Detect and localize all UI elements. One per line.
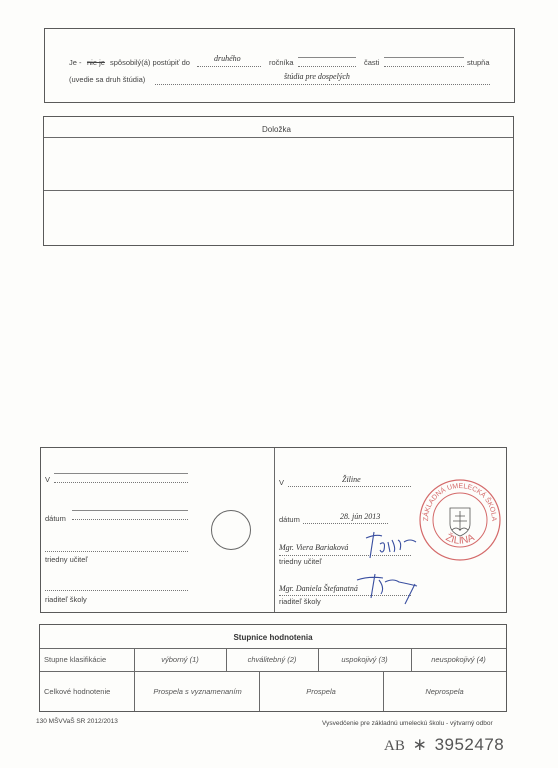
serial-digits: 3952478 — [435, 735, 505, 754]
right-v-line — [288, 486, 411, 487]
druh-studia-line — [155, 84, 490, 85]
serial-prefix: AB — [384, 738, 405, 754]
serial-number: AB ∗ 3952478 — [384, 735, 504, 755]
grade-2: chválitebný (2) — [226, 648, 318, 671]
grading-title: Stupnice hodnotenia — [40, 627, 506, 647]
left-v-label: V — [45, 475, 50, 484]
casti-label: časti — [364, 58, 379, 67]
overall-2: Prospela — [259, 671, 383, 711]
rocnika-label: ročníka — [269, 58, 294, 67]
casti-top-line — [384, 57, 464, 58]
right-datum-value[interactable]: 28. jún 2013 — [340, 512, 380, 521]
left-datum-line[interactable] — [72, 519, 188, 520]
rocnik-line — [197, 66, 261, 67]
left-stamp-circle — [211, 510, 251, 550]
svg-text:ŽILINA: ŽILINA — [444, 531, 477, 547]
dolozka-row-divider — [44, 190, 513, 191]
casti-line — [384, 66, 464, 67]
overall-3: Neprospela — [383, 671, 506, 711]
rocnik-top-line — [298, 57, 356, 58]
left-datum-top-line — [72, 510, 188, 511]
left-triedny-line[interactable] — [45, 551, 188, 552]
uvedie-label: (uvedie sa druh štúdia) — [69, 75, 145, 84]
dolozka-box — [43, 116, 514, 246]
right-triedny-label: triedny učiteľ — [279, 557, 322, 566]
left-riaditel-label: riaditeľ školy — [45, 595, 87, 604]
riaditel-name: Mgr. Daniela Štefanatná — [279, 584, 358, 593]
riaditel-signature — [355, 568, 425, 608]
je-label: Je - — [69, 58, 82, 67]
dolozka-header-divider — [44, 137, 513, 138]
row1-label: Stupne klasifikácie — [40, 648, 134, 671]
overall-1: Prospela s vyznamenaním — [150, 671, 245, 711]
nie-je-label: nie je — [87, 58, 105, 67]
triedny-name: Mgr. Viera Bariaková — [279, 543, 348, 552]
right-v-label: V — [279, 478, 284, 487]
grade-3: uspokojivý (3) — [318, 648, 411, 671]
footer-right: Vysvedčenie pre základnú umeleckú školu … — [322, 720, 493, 727]
stupna-label: stupňa — [467, 58, 490, 67]
left-v-line[interactable] — [54, 482, 188, 483]
dolozka-title: Doložka — [262, 125, 291, 134]
right-datum-line — [303, 523, 388, 524]
triedny-signature — [360, 528, 420, 562]
rocnik-value[interactable]: druhého — [214, 54, 241, 63]
left-triedny-label: triedny učiteľ — [45, 555, 88, 564]
left-riaditel-line[interactable] — [45, 590, 188, 591]
right-datum-label: dátum — [279, 515, 300, 524]
footer-left: 130 MŠVVaŠ SR 2012/2013 — [36, 718, 118, 725]
grade-1: výborný (1) — [134, 648, 226, 671]
right-riaditel-label: riaditeľ školy — [279, 597, 321, 606]
druh-studia-value[interactable]: štúdia pre dospelých — [284, 72, 350, 81]
left-datum-label: dátum — [45, 514, 66, 523]
row2-label: Celkové hodnotenie — [40, 671, 134, 711]
left-v-top-line — [54, 473, 188, 474]
signature-divider — [274, 448, 275, 612]
right-v-value[interactable]: Žiline — [342, 475, 361, 484]
sposobily-label: spôsobilý(á) postúpiť do — [110, 58, 190, 67]
rocnik-number-line — [298, 66, 356, 67]
grade-4: neuspokojivý (4) — [411, 648, 506, 671]
serial-star: ∗ — [413, 735, 427, 754]
stamp-bottom-text: ŽILINA — [444, 531, 477, 547]
school-stamp: ZÁKLADNÁ UMELECKÁ ŠKOLA ŽILINA — [418, 478, 502, 562]
